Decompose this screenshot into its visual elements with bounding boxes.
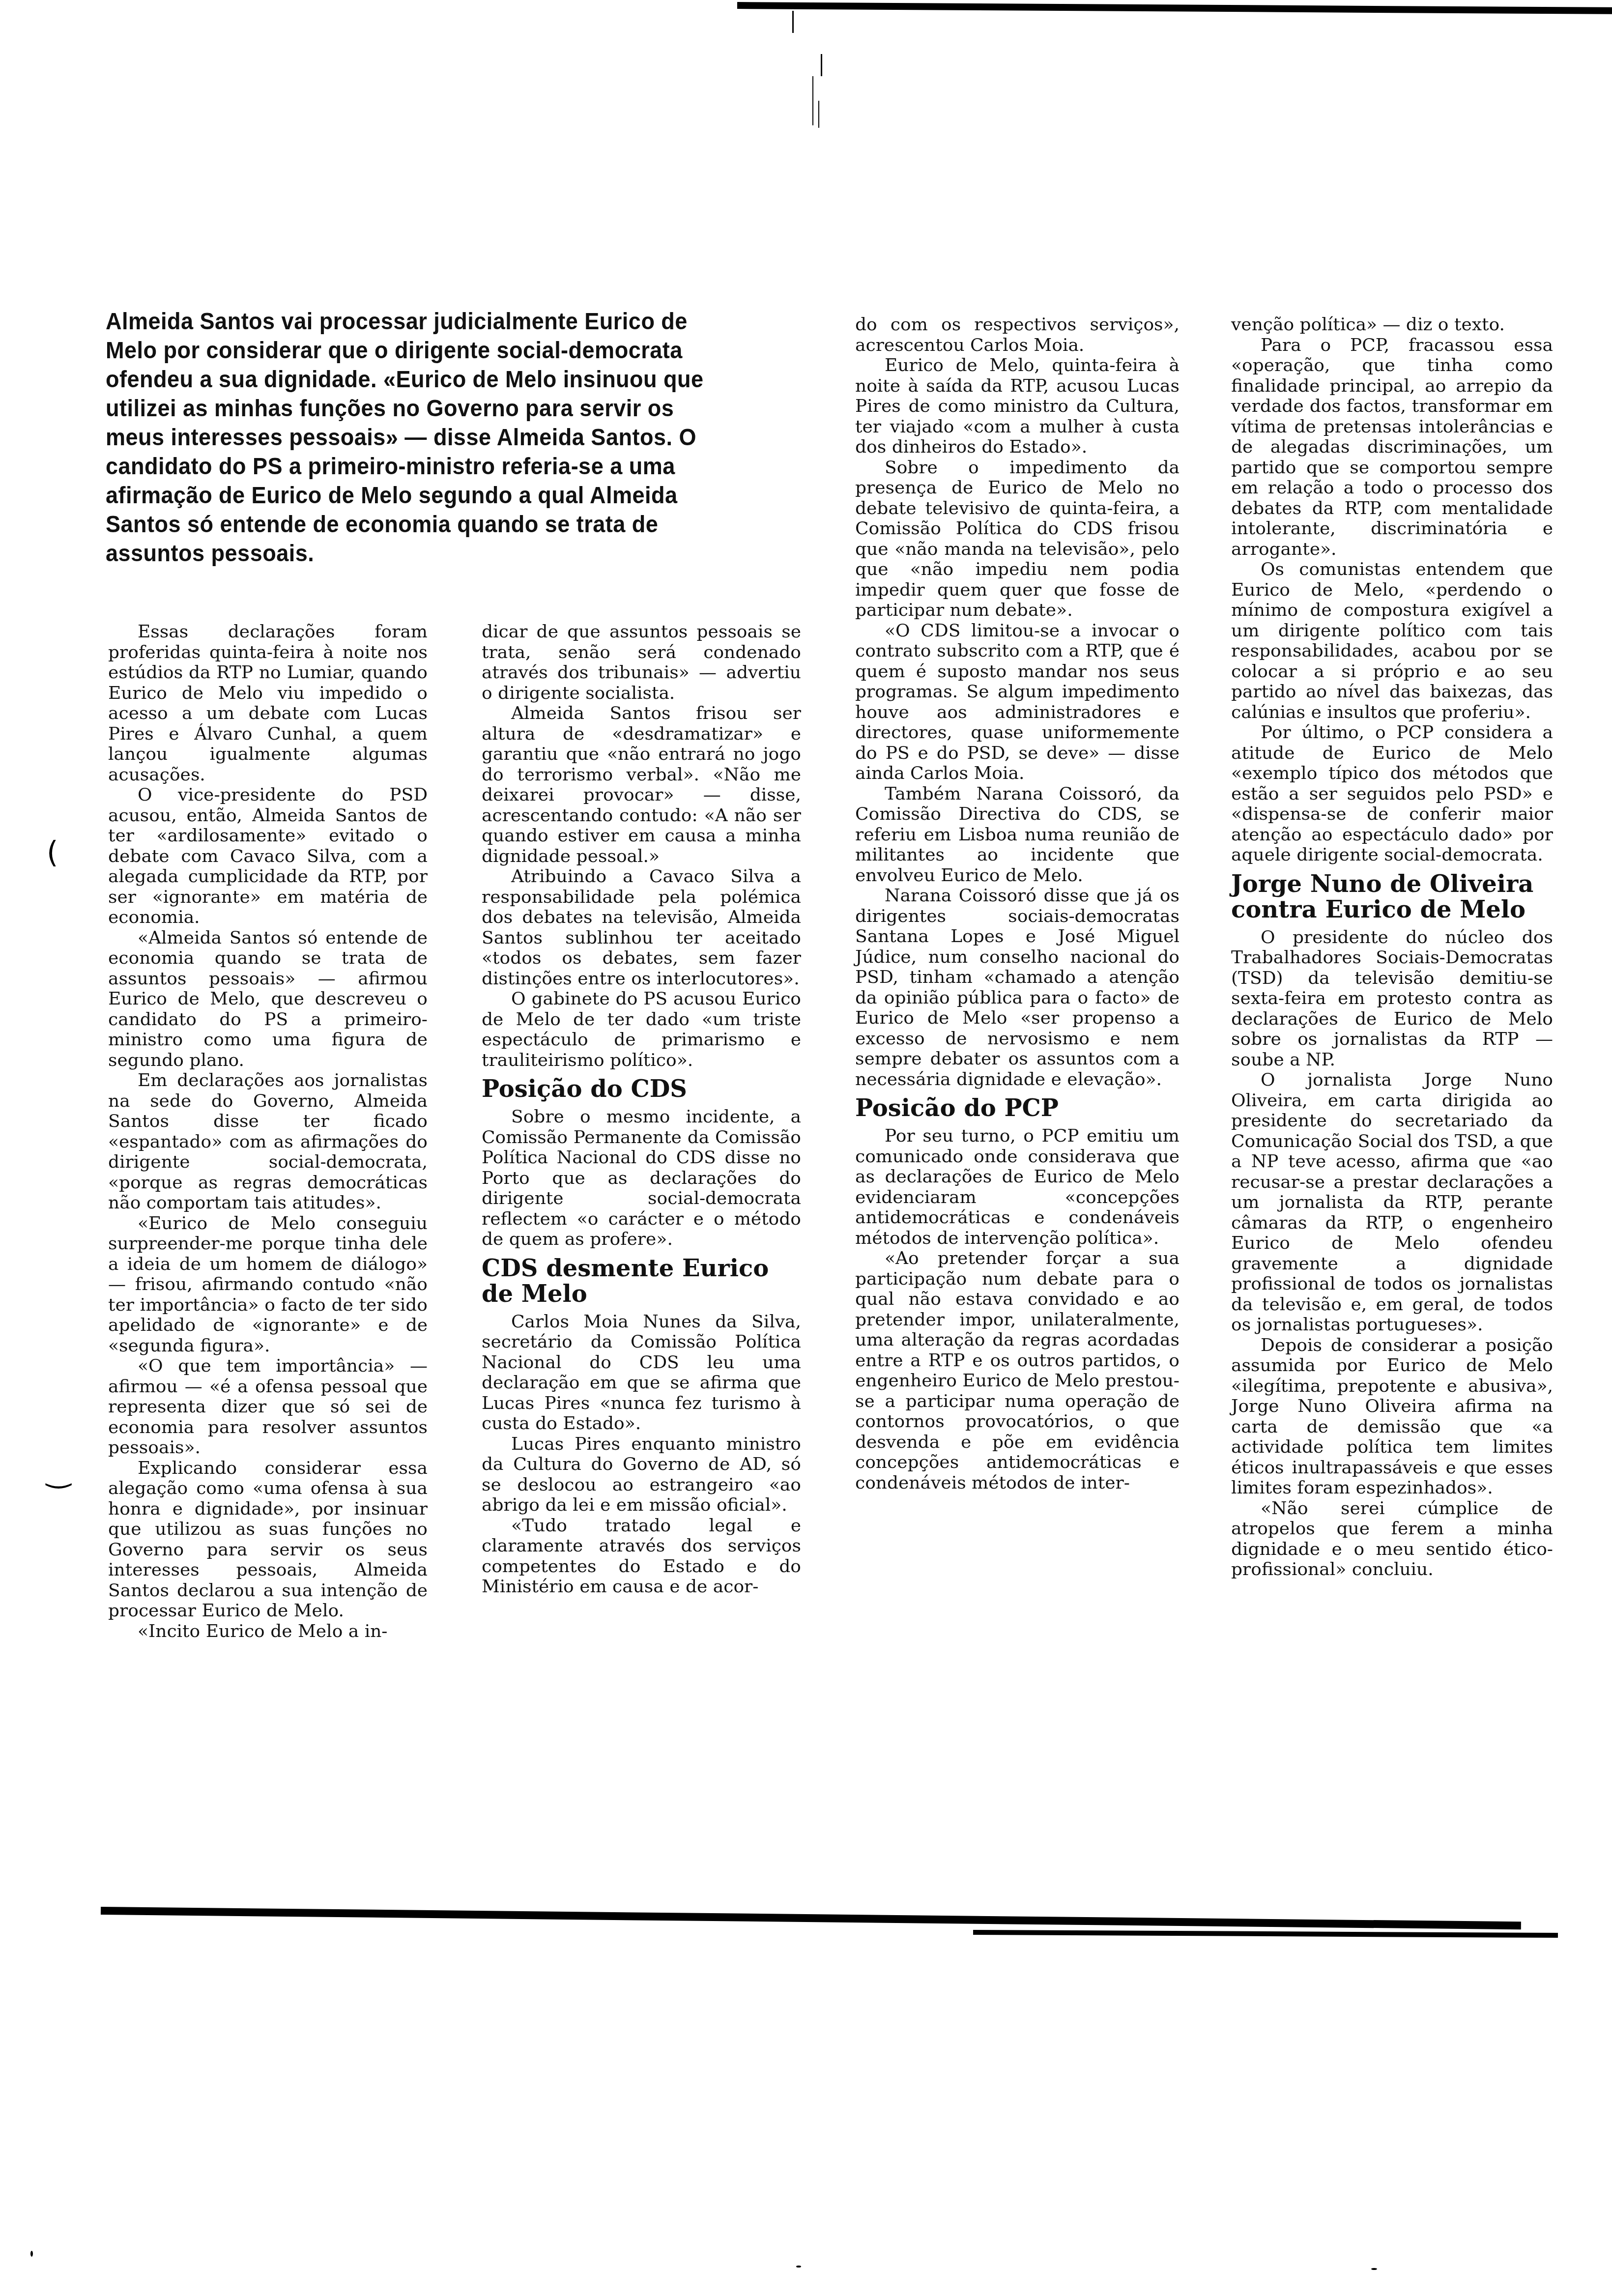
article-paragraph: «Incito Eurico de Melo a in- (108, 1621, 428, 1642)
scan-speck (796, 2266, 801, 2267)
article-column-4: venção política» — diz o texto.Para o PC… (1231, 315, 1553, 1580)
article-paragraph: Almeida Santos frisou ser altura de «des… (482, 703, 801, 866)
article-paragraph: Sobre o impedimento da presença de Euric… (855, 458, 1180, 621)
article-paragraph: Para o PCP, fracassou essa «operação, qu… (1231, 335, 1553, 560)
article-paragraph: dicar de que assuntos pessoais se trata,… (482, 622, 801, 703)
article-column-2: dicar de que assuntos pessoais se trata,… (482, 622, 801, 1597)
article-paragraph: «Não serei cúmplice de atropelos que fer… (1231, 1498, 1553, 1580)
article-paragraph: «O que tem importância» — afirmou — «é a… (108, 1356, 428, 1458)
scan-speck (1371, 2268, 1377, 2270)
margin-bracket-mark: ( (47, 835, 58, 870)
article-paragraph: Sobre o mesmo incidente, a Comissão Perm… (482, 1107, 801, 1250)
article-paragraph: «Eurico de Melo conseguiu surpreender-me… (108, 1213, 428, 1356)
scan-bottom-rule (101, 1907, 1521, 1929)
article-paragraph: venção política» — diz o texto. (1231, 315, 1553, 335)
scan-mark (818, 101, 819, 128)
article-paragraph: Carlos Moia Nunes da Silva, secretário d… (482, 1312, 801, 1434)
section-heading: Posicão do PCP (855, 1095, 1180, 1121)
article-paragraph: Os comunistas entendem que Eurico de Mel… (1231, 559, 1553, 722)
article-paragraph: Também Narana Coissoró, da Comissão Dire… (855, 784, 1180, 886)
article-paragraph: Essas declarações foram proferidas quint… (108, 622, 428, 785)
article-paragraph: O presidente do núcleo dos Trabalhadores… (1231, 927, 1553, 1070)
article-paragraph: Depois de considerar a posição assumida … (1231, 1335, 1553, 1498)
article-paragraph: Eurico de Melo, quinta-feira à noite à s… (855, 355, 1180, 458)
article-paragraph: Por seu turno, o PCP emitiu um comunicad… (855, 1126, 1180, 1248)
scan-speck (30, 2251, 33, 2257)
article-paragraph: O jornalista Jorge Nuno Oliveira, em car… (1231, 1070, 1553, 1335)
margin-bracket-mark: ‿ (47, 1455, 70, 1489)
article-paragraph: Narana Coissoró disse que já os dirigent… (855, 886, 1180, 1090)
scan-mark (792, 11, 794, 33)
article-lede: Almeida Santos vai processar judicialmen… (106, 307, 736, 568)
scan-bottom-rule-secondary (973, 1930, 1558, 1938)
article-paragraph: Atribuindo a Cavaco Silva a responsabili… (482, 866, 801, 989)
article-paragraph: «Tudo tratado legal e claramente através… (482, 1516, 801, 1597)
section-heading: Jorge Nuno de Oliveira contra Eurico de … (1231, 871, 1553, 922)
article-paragraph: O gabinete do PS acusou Eurico de Melo d… (482, 989, 801, 1070)
article-paragraph: Em declarações aos jornalistas na sede d… (108, 1070, 428, 1213)
article-paragraph: Lucas Pires enquanto ministro da Cultura… (482, 1434, 801, 1516)
article-column-1: Essas declarações foram proferidas quint… (108, 622, 428, 1641)
article-paragraph: do com os respectivos serviços», acresce… (855, 315, 1180, 355)
scan-mark (821, 54, 822, 76)
section-heading: CDS desmente Eurico de Melo (482, 1256, 801, 1307)
article-paragraph: Por último, o PCP considera a atitude de… (1231, 722, 1553, 865)
article-paragraph: «Ao pretender forçar a sua participação … (855, 1248, 1180, 1493)
article-column-3: do com os respectivos serviços», acresce… (855, 315, 1180, 1493)
article-paragraph: «O CDS limitou-se a invocar o contrato s… (855, 621, 1180, 784)
article-paragraph: Explicando considerar essa alegação como… (108, 1458, 428, 1621)
scan-mark (812, 76, 813, 125)
article-paragraph: O vice-presidente do PSD acusou, então, … (108, 785, 428, 928)
article-paragraph: «Almeida Santos só entende de economia q… (108, 928, 428, 1071)
section-heading: Posição do CDS (482, 1076, 801, 1102)
